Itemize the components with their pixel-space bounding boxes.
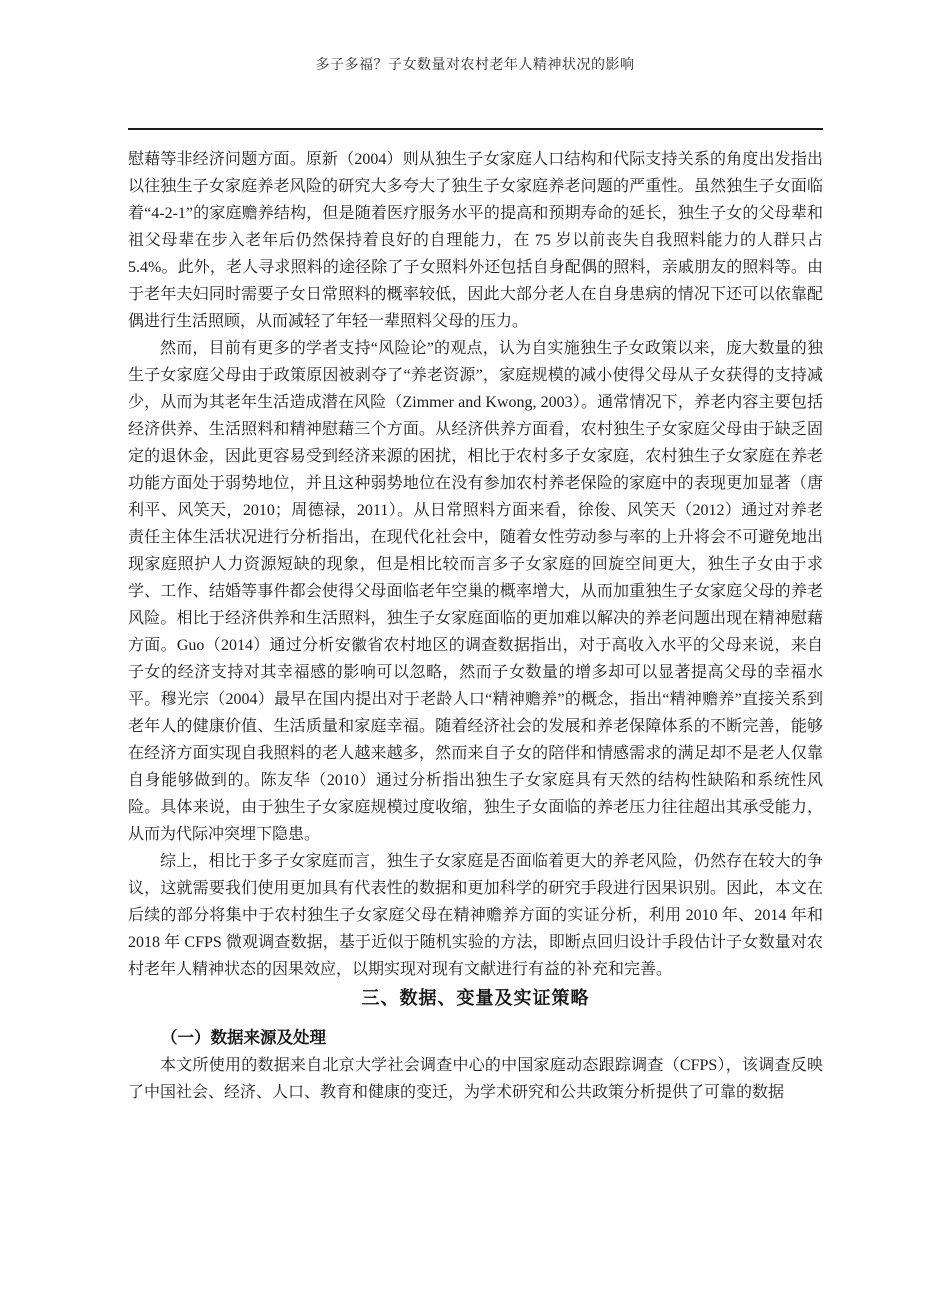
paragraph-risk-theory: 然而，目前有更多的学者支持“风险论”的观点，认为自实施独生子女政策以来，庞大数量…: [128, 335, 823, 848]
subsection-heading: （一）数据来源及处理: [128, 1025, 823, 1052]
paragraph-data-source: 本文所使用的数据来自北京大学社会调查中心的中国家庭动态跟踪调查（CFPS），该调…: [128, 1052, 823, 1106]
paragraph-continuation: 慰藉等非经济问题方面。原新（2004）则从独生子女家庭人口结构和代际支持关系的角…: [128, 146, 823, 335]
page-body: 慰藉等非经济问题方面。原新（2004）则从独生子女家庭人口结构和代际支持关系的角…: [128, 146, 823, 1106]
paragraph-summary: 综上，相比于多子女家庭而言，独生子女家庭是否面临着更大的养老风险，仍然存在较大的…: [128, 848, 823, 983]
section-heading: 三、数据、变量及实证策略: [128, 983, 823, 1013]
running-head-title: 多子多福？子女数量对农村老年人精神状况的影响: [128, 56, 822, 75]
header-rule: [128, 128, 823, 130]
document-page: 多子多福？子女数量对农村老年人精神状况的影响 慰藉等非经济问题方面。原新（200…: [0, 0, 950, 1290]
